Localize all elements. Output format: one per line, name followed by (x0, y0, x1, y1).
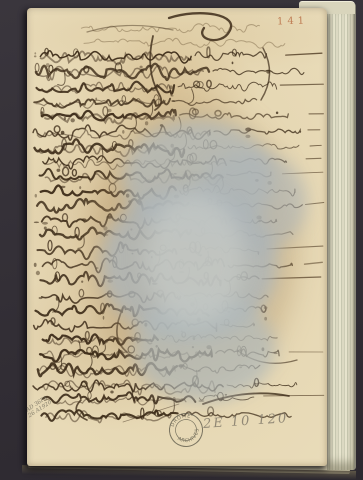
manuscript-page: 141 DRÔME ARCHIVES 2E 10 120 AD 36PA 26 … (27, 8, 327, 466)
folio-number: 141 (277, 15, 308, 27)
photo-backdrop: 141 DRÔME ARCHIVES 2E 10 120 AD 36PA 26 … (0, 0, 363, 480)
manuscript-handwriting (27, 8, 327, 466)
book-fore-edge (327, 3, 356, 470)
